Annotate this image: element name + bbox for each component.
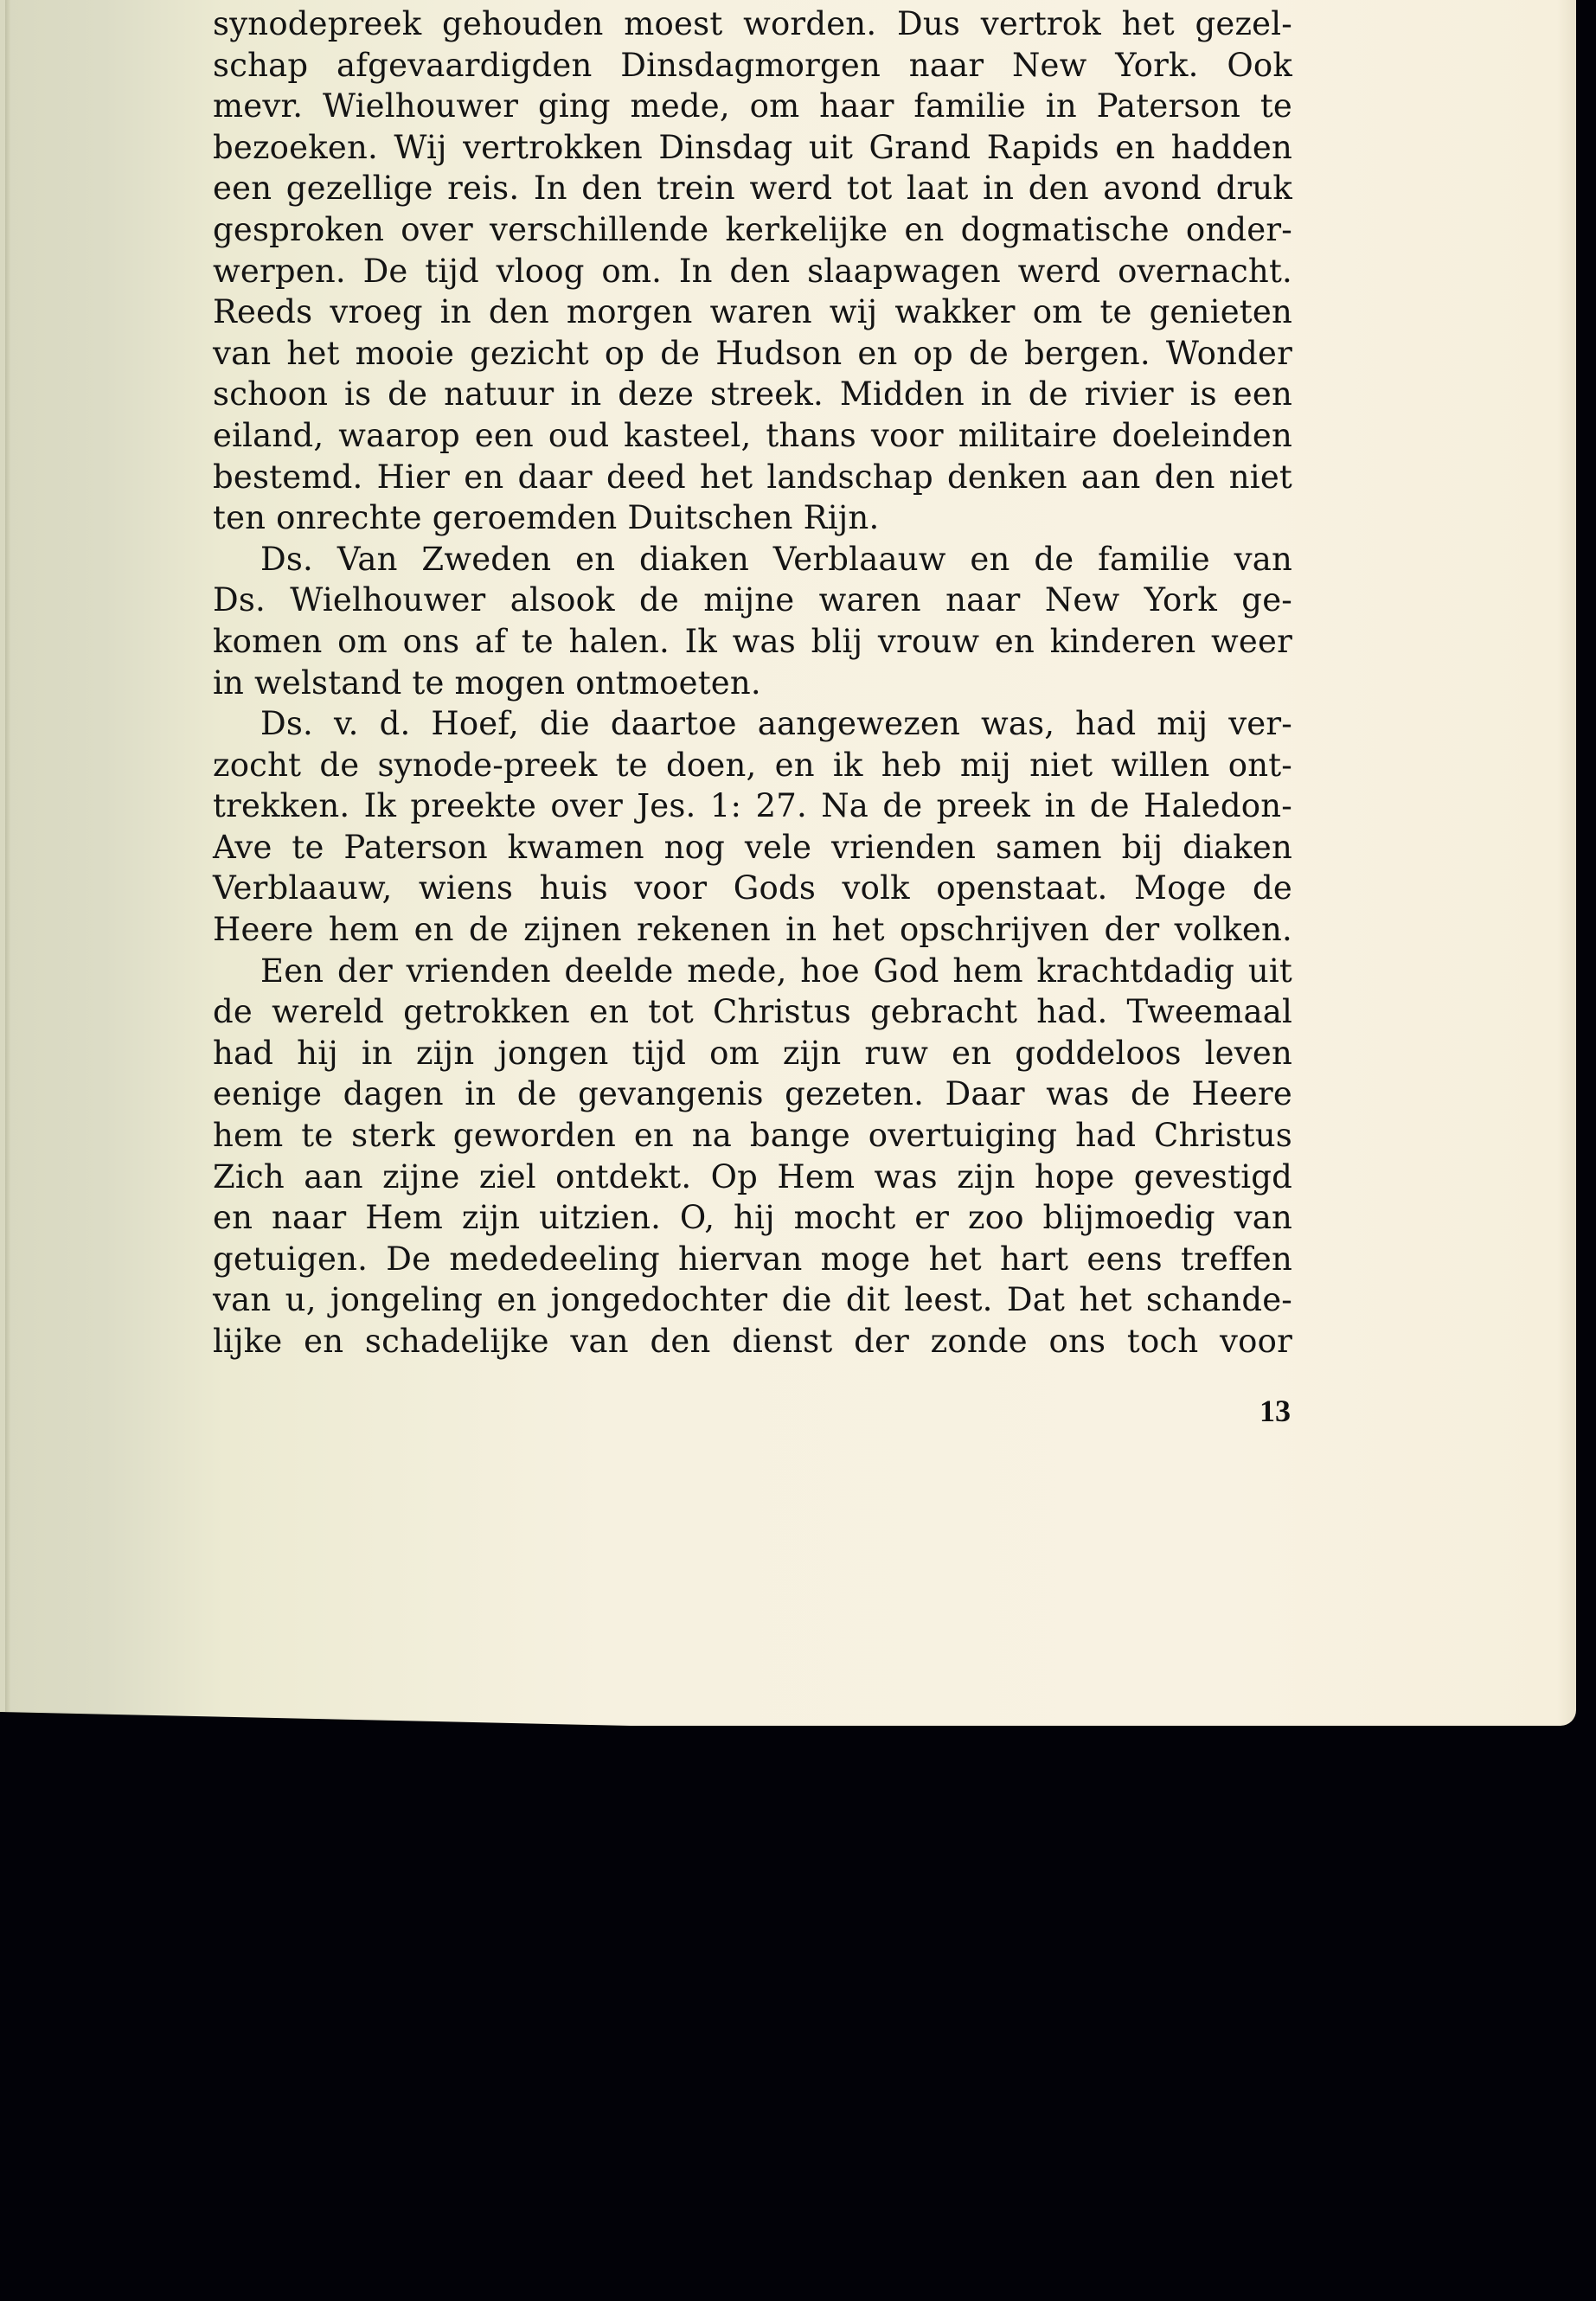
- text-line: gesproken over verschillende kerkelijke …: [213, 209, 1292, 251]
- text-line: werpen. De tijd vloog om. In den slaapwa…: [213, 251, 1292, 292]
- page-edge-shadow: [5, 0, 10, 1721]
- text-line: eiland, waarop een oud kasteel, thans vo…: [213, 415, 1292, 457]
- text-line: komen om ons af te halen. Ik was blij vr…: [213, 621, 1292, 663]
- paragraph-4: Een der vrienden deelde mede, hoe God he…: [213, 951, 1292, 1362]
- paragraph-1: synodepreek gehouden moest worden. Dus v…: [213, 3, 1292, 539]
- scanned-page-background: synodepreek gehouden moest worden. Dus v…: [0, 0, 1596, 2301]
- text-line: Heere hem en de zijnen rekenen in het op…: [213, 909, 1292, 951]
- text-line: de wereld getrokken en tot Christus gebr…: [213, 991, 1292, 1033]
- text-line: hem te sterk geworden en na bange overtu…: [213, 1115, 1292, 1157]
- text-line: Ds. Wielhouwer alsook de mijne waren naa…: [213, 580, 1292, 621]
- text-line: Verblaauw, wiens huis voor Gods volk ope…: [213, 868, 1292, 909]
- text-line: Ds. Van Zweden en diaken Verblaauw en de…: [213, 539, 1292, 580]
- book-page: synodepreek gehouden moest worden. Dus v…: [0, 0, 1576, 1726]
- text-line: een gezellige reis. In den trein werd to…: [213, 168, 1292, 209]
- text-line: ten onrechte geroemden Duitschen Rijn.: [213, 497, 1292, 539]
- text-line: van het mooie gezicht op de Hudson en op…: [213, 333, 1292, 375]
- text-line: in welstand te mogen ontmoeten.: [213, 663, 1292, 704]
- text-line: schoon is de natuur in deze streek. Midd…: [213, 374, 1292, 415]
- paragraph-2: Ds. Van Zweden en diaken Verblaauw en de…: [213, 539, 1292, 703]
- body-text: synodepreek gehouden moest worden. Dus v…: [213, 3, 1292, 1362]
- text-line: Zich aan zijne ziel ontdekt. Op Hem was …: [213, 1157, 1292, 1198]
- text-line: mevr. Wielhouwer ging mede, om haar fami…: [213, 86, 1292, 127]
- text-line: getuigen. De mededeeling hiervan moge he…: [213, 1239, 1292, 1280]
- text-line: had hij in zijn jongen tijd om zijn ruw …: [213, 1033, 1292, 1074]
- text-line: lijke en schadelijke van den dienst der …: [213, 1321, 1292, 1362]
- text-line: Ave te Paterson kwamen nog vele vrienden…: [213, 827, 1292, 868]
- paragraph-3: Ds. v. d. Hoef, die daartoe aangewezen w…: [213, 703, 1292, 951]
- text-line: trekken. Ik preekte over Jes. 1: 27. Na …: [213, 785, 1292, 827]
- text-line: van u, jongeling en jongedochter die dit…: [213, 1279, 1292, 1321]
- text-line: schap afgevaardigden Dinsdagmorgen naar …: [213, 45, 1292, 87]
- page-number: 13: [1259, 1393, 1291, 1429]
- text-line: Een der vrienden deelde mede, hoe God he…: [213, 951, 1292, 992]
- text-line: Ds. v. d. Hoef, die daartoe aangewezen w…: [213, 703, 1292, 745]
- text-line: bezoeken. Wij vertrokken Dinsdag uit Gra…: [213, 127, 1292, 169]
- text-line: zocht de synode-preek te doen, en ik heb…: [213, 745, 1292, 786]
- text-line: Reeds vroeg in den morgen waren wij wakk…: [213, 292, 1292, 333]
- text-line: bestemd. Hier en daar deed het landschap…: [213, 457, 1292, 498]
- text-line: en naar Hem zijn uitzien. O, hij mocht e…: [213, 1197, 1292, 1239]
- text-line: synodepreek gehouden moest worden. Dus v…: [213, 3, 1292, 45]
- text-line: eenige dagen in de gevangenis gezeten. D…: [213, 1074, 1292, 1115]
